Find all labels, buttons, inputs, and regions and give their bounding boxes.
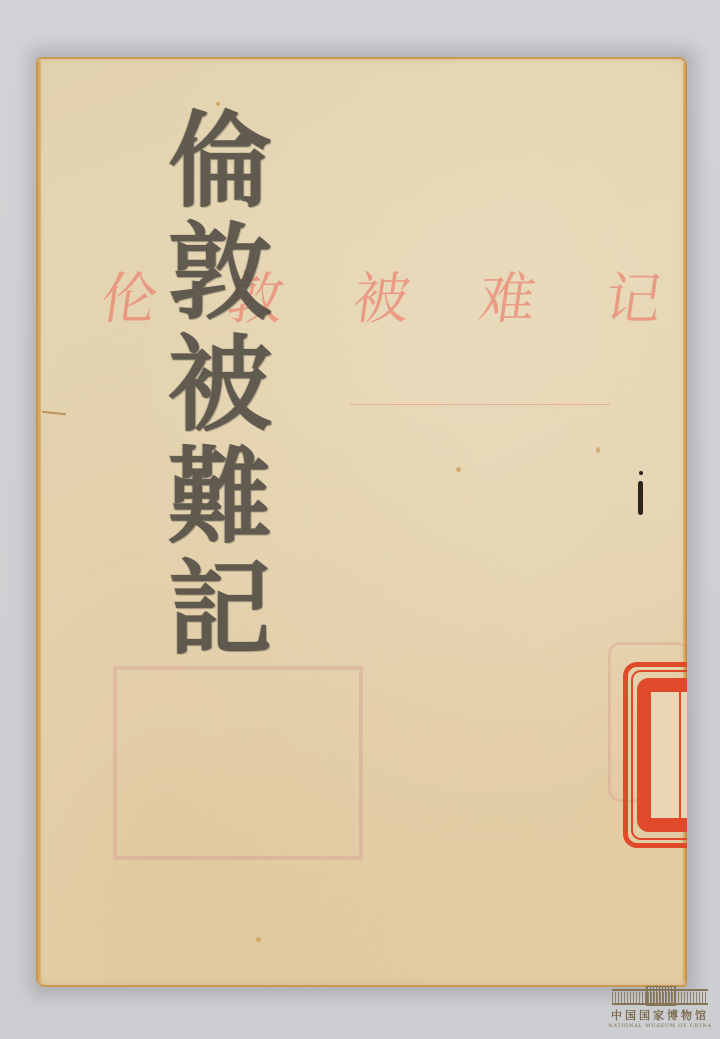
title-char: 難 [168,441,272,553]
title-char: 敦 [168,217,272,329]
red-pencil-underline [350,404,610,405]
book-spine-edge [36,61,41,981]
pencil-char: 难 [474,255,541,335]
foxing-spot [456,467,461,472]
cover-crack [42,411,66,415]
museum-name-cn: 中国国家博物馆 [611,1007,709,1023]
title-char: 倫 [168,105,272,217]
museum-watermark: 中国国家博物馆 NATIONAL MUSEUM OF CHINA [604,989,716,1029]
museum-name-en: NATIONAL MUSEUM OF CHINA [608,1023,712,1029]
ink-dot [639,471,643,475]
book-title: 倫 敦 被 難 記 [120,105,320,665]
faded-stamp-outline [113,666,363,860]
red-library-stamp [623,662,687,848]
pencil-char: 记 [600,255,667,335]
title-char: 記 [168,553,272,665]
pencil-char: 被 [348,255,415,335]
book-cover: 伦 敦 被 难 记 倫 敦 被 難 記 [36,57,687,987]
foxing-spot [596,447,600,453]
title-char: 被 [168,329,272,441]
museum-building-icon [612,989,708,1005]
ink-mark [638,481,643,515]
stamp-divider [679,692,681,818]
foxing-spot [256,937,261,942]
